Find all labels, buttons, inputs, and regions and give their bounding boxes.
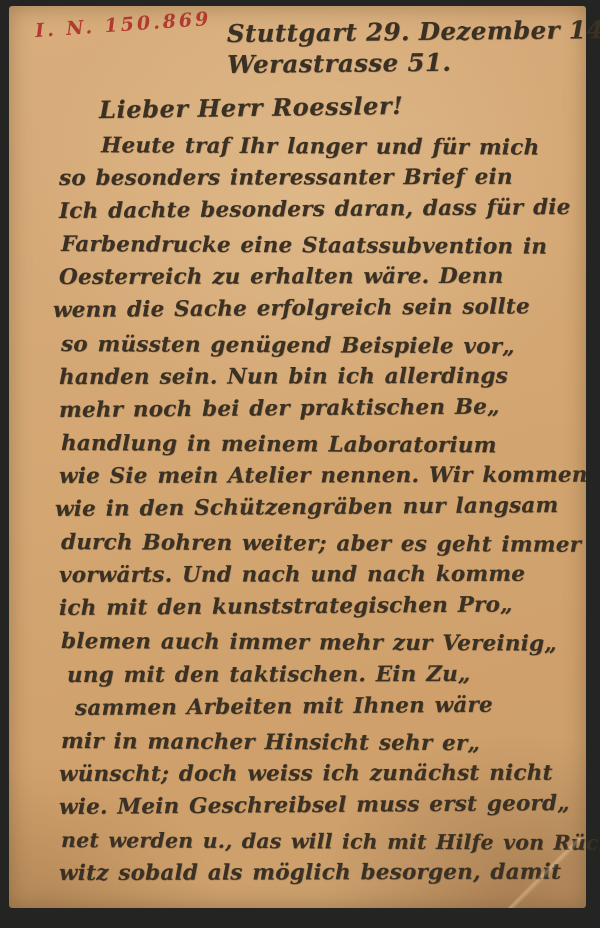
place-date-line: Stuttgart 29. Dezember 14. bbox=[227, 14, 600, 49]
body-line: handen sein. Nun bin ich allerdings bbox=[59, 359, 578, 393]
body-line: Ich dachte besonders daran, dass für die bbox=[59, 191, 578, 228]
postcard-letter: I. N. 150.869 Stuttgart 29. Dezember 14.… bbox=[9, 6, 586, 908]
letter-header: Stuttgart 29. Dezember 14. Werastrasse 5… bbox=[227, 14, 600, 80]
body-line: Oesterreich zu erhalten wäre. Denn bbox=[59, 260, 578, 294]
body-line: wenn die Sache erfolgreich sein sollte bbox=[53, 290, 578, 327]
inventory-number: I. N. 150.869 bbox=[34, 8, 212, 42]
body-line: Heute traf Ihr langer und für mich bbox=[61, 129, 580, 165]
body-line: mir in mancher Hinsicht sehr er„ bbox=[61, 725, 580, 761]
body-line: mehr noch bei der praktischen Be„ bbox=[59, 390, 578, 427]
body-line: Farbendrucke eine Staatssubvention in bbox=[61, 228, 580, 264]
body-line: witz sobald als möglich besorgen, damit bbox=[59, 856, 578, 890]
address-line: Werastrasse 51. bbox=[227, 45, 600, 80]
body-line: sammen Arbeiten mit Ihnen wäre bbox=[75, 688, 578, 725]
salutation: Lieber Herr Roessler! bbox=[99, 91, 404, 124]
body-line: ung mit den taktischen. Ein Zu„ bbox=[67, 657, 578, 691]
body-line: wie. Mein Geschreibsel muss erst geord„ bbox=[59, 787, 578, 824]
body-line: so besonders interessanter Brief ein bbox=[59, 161, 578, 195]
body-line: net werden u., das will ich mit Hilfe vo… bbox=[61, 824, 580, 860]
body-line: wie in den Schützengräben nur langsam bbox=[55, 489, 578, 526]
body-line: blemen auch immer mehr zur Vereinig„ bbox=[61, 625, 580, 661]
body-line: wie Sie mein Atelier nennen. Wir kommen bbox=[59, 459, 578, 493]
body-line: handlung in meinem Laboratorium bbox=[61, 427, 580, 463]
body-line: vorwärts. Und nach und nach komme bbox=[59, 558, 578, 592]
body-line: wünscht; doch weiss ich zunächst nicht bbox=[59, 756, 578, 790]
body-line: so müssten genügend Beispiele vor„ bbox=[61, 328, 580, 364]
body-line: ich mit den kunststrategischen Pro„ bbox=[59, 588, 578, 625]
letter-body: Heute traf Ihr langer und für mich so be… bbox=[59, 129, 578, 890]
body-line: durch Bohren weiter; aber es geht immer bbox=[61, 526, 580, 562]
